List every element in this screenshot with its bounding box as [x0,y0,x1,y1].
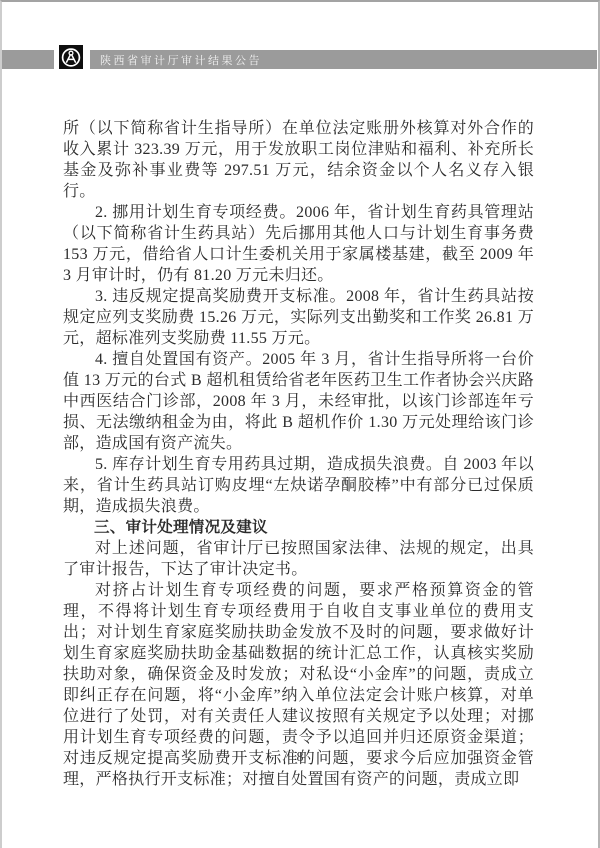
header-bar-left-segment [2,50,54,69]
body-paragraph-item2: 2. 挪用计划生育专项经费。2006 年，省计划生育药具管理站（以下简称省计生药… [63,202,534,286]
body-paragraph-item4: 4. 擅自处置国有资产。2005 年 3 月，省计生指导所将一台价值 13 万元… [63,349,534,454]
page-header: 陕西省审计厅审计结果公告 [2,50,597,69]
body-paragraph-intro: 对上述问题，省审计厅已按照国家法律、法规的规定，出具了审计报告，下达了审计决定书… [63,538,534,580]
page-number: 8 [2,750,598,766]
document-page: 陕西省审计厅审计结果公告 所（以下简称省计生指导所）在单位法定账册外核算对外合作… [0,0,600,848]
document-body: 所（以下简称省计生指导所）在单位法定账册外核算对外合作的收入累计 323.39 … [63,118,534,790]
section-heading: 三、审计处理情况及建议 [63,517,534,538]
body-paragraph-item5: 5. 库存计划生育专用药具过期，造成损失浪费。自 2003 年以来，省计生药具站… [63,454,534,517]
audit-emblem-icon [59,45,83,69]
body-paragraph-continuation: 所（以下简称省计生指导所）在单位法定账册外核算对外合作的收入累计 323.39 … [63,118,534,202]
header-bar-main-segment: 陕西省审计厅审计结果公告 [90,50,597,69]
header-title: 陕西省审计厅审计结果公告 [90,52,262,68]
body-paragraph-item3: 3. 违反规定提高奖励费开支标准。2008 年，省计生药具站按规定应列支奖励费 … [63,286,534,349]
